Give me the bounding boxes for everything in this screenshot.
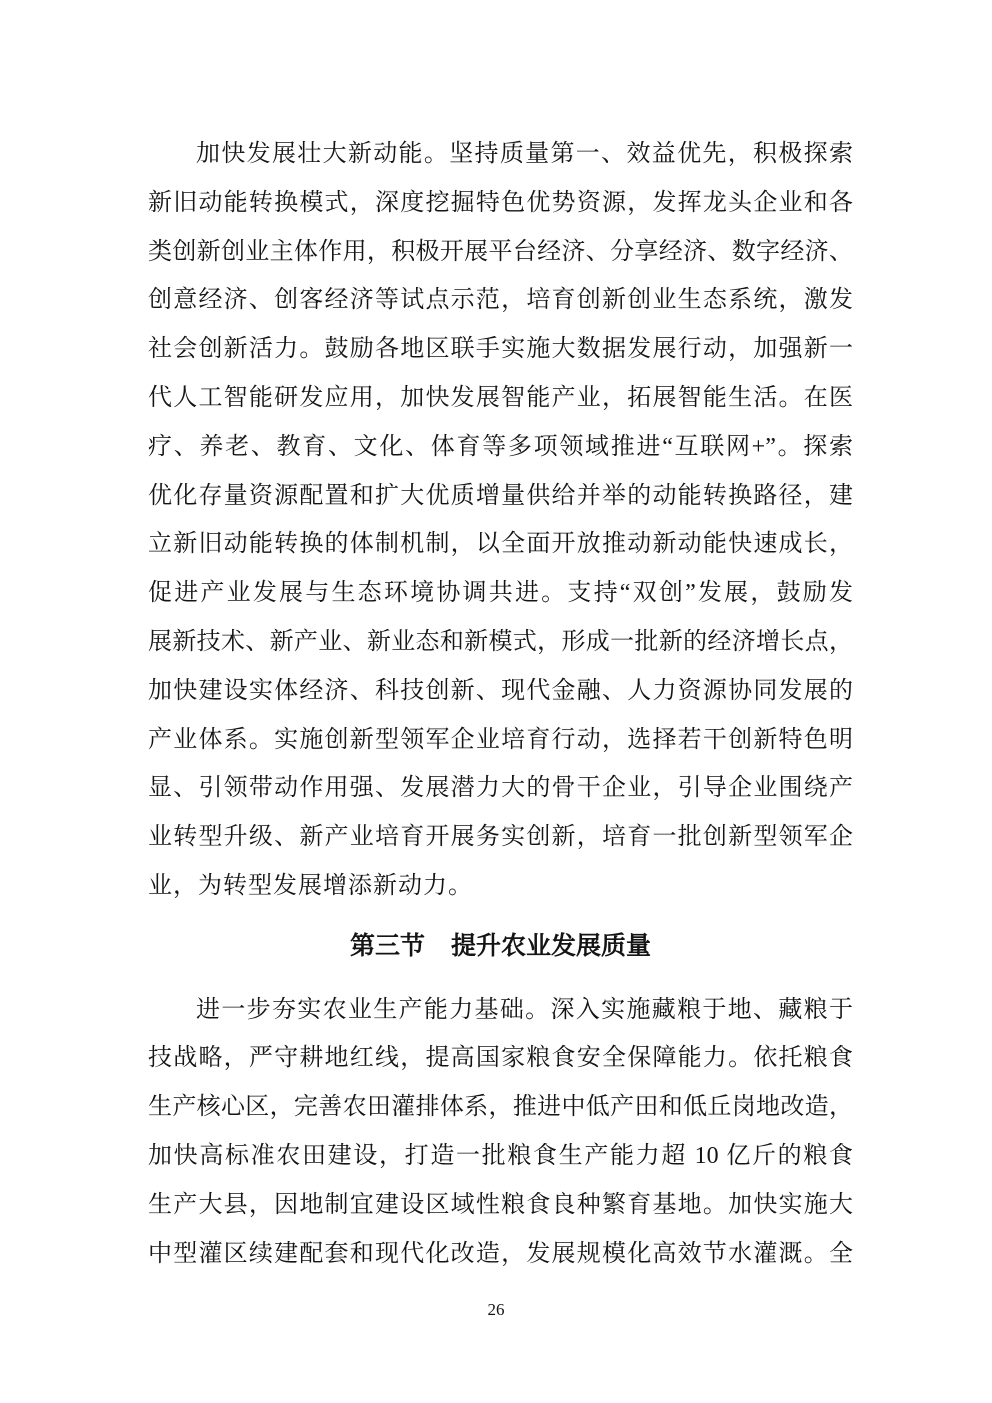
page-number: 26: [0, 1300, 992, 1320]
section-heading-label: 第三节: [350, 933, 425, 960]
paragraph-line: 生产核心区，完善农田灌排体系，推进中低产田和低丘岗地改造，: [148, 1083, 853, 1132]
paragraph-new-momentum: 加快发展壮大新动能。坚持质量第一、效益优先，积极探索 新旧动能转换模式，深度挖掘…: [148, 130, 853, 911]
section-heading-title: 提升农业发展质量: [451, 933, 651, 960]
paragraph-line: 加快建设实体经济、科技创新、现代金融、人力资源协同发展的: [148, 667, 853, 716]
paragraph-line: 创意经济、创客经济等试点示范，培育创新创业生态系统，激发: [148, 276, 853, 325]
section-heading: 第三节提升农业发展质量: [148, 923, 853, 972]
paragraph-line: 加快发展壮大新动能。坚持质量第一、效益优先，积极探索: [148, 130, 853, 179]
paragraph-line: 社会创新活力。鼓励各地区联手实施大数据发展行动，加强新一: [148, 325, 853, 374]
paragraph-line: 生产大县，因地制宜建设区域性粮食良种繁育基地。加快实施大: [148, 1181, 853, 1230]
paragraph-line: 业，为转型发展增添新动力。: [148, 862, 853, 911]
document-text-block: 加快发展壮大新动能。坚持质量第一、效益优先，积极探索 新旧动能转换模式，深度挖掘…: [148, 130, 853, 1278]
document-page: 加快发展壮大新动能。坚持质量第一、效益优先，积极探索 新旧动能转换模式，深度挖掘…: [0, 0, 992, 1403]
paragraph-line: 促进产业发展与生态环境协调共进。支持“双创”发展，鼓励发: [148, 569, 853, 618]
paragraph-line: 进一步夯实农业生产能力基础。深入实施藏粮于地、藏粮于: [148, 986, 853, 1035]
paragraph-line: 展新技术、新产业、新业态和新模式，形成一批新的经济增长点，: [148, 618, 853, 667]
paragraph-line: 立新旧动能转换的体制机制，以全面开放推动新动能快速成长，: [148, 520, 853, 569]
paragraph-line: 产业体系。实施创新型领军企业培育行动，选择若干创新特色明: [148, 716, 853, 765]
paragraph-line: 类创新创业主体作用，积极开展平台经济、分享经济、数字经济、: [148, 228, 853, 277]
paragraph-line: 优化存量资源配置和扩大优质增量供给并举的动能转换路径，建: [148, 472, 853, 521]
paragraph-line: 疗、养老、教育、文化、体育等多项领域推进“互联网+”。探索: [148, 423, 853, 472]
paragraph-line: 新旧动能转换模式，深度挖掘特色优势资源，发挥龙头企业和各: [148, 179, 853, 228]
paragraph-line: 显、引领带动作用强、发展潜力大的骨干企业，引导企业围绕产: [148, 764, 853, 813]
paragraph-line: 代人工智能研发应用，加快发展智能产业，拓展智能生活。在医: [148, 374, 853, 423]
paragraph-line: 加快高标准农田建设，打造一批粮食生产能力超 10 亿斤的粮食: [148, 1132, 853, 1181]
paragraph-line: 业转型升级、新产业培育开展务实创新，培育一批创新型领军企: [148, 813, 853, 862]
paragraph-agriculture-quality: 进一步夯实农业生产能力基础。深入实施藏粮于地、藏粮于 技战略，严守耕地红线，提高…: [148, 986, 853, 1279]
paragraph-line: 中型灌区续建配套和现代化改造，发展规模化高效节水灌溉。全: [148, 1230, 853, 1279]
paragraph-line: 技战略，严守耕地红线，提高国家粮食安全保障能力。依托粮食: [148, 1034, 853, 1083]
